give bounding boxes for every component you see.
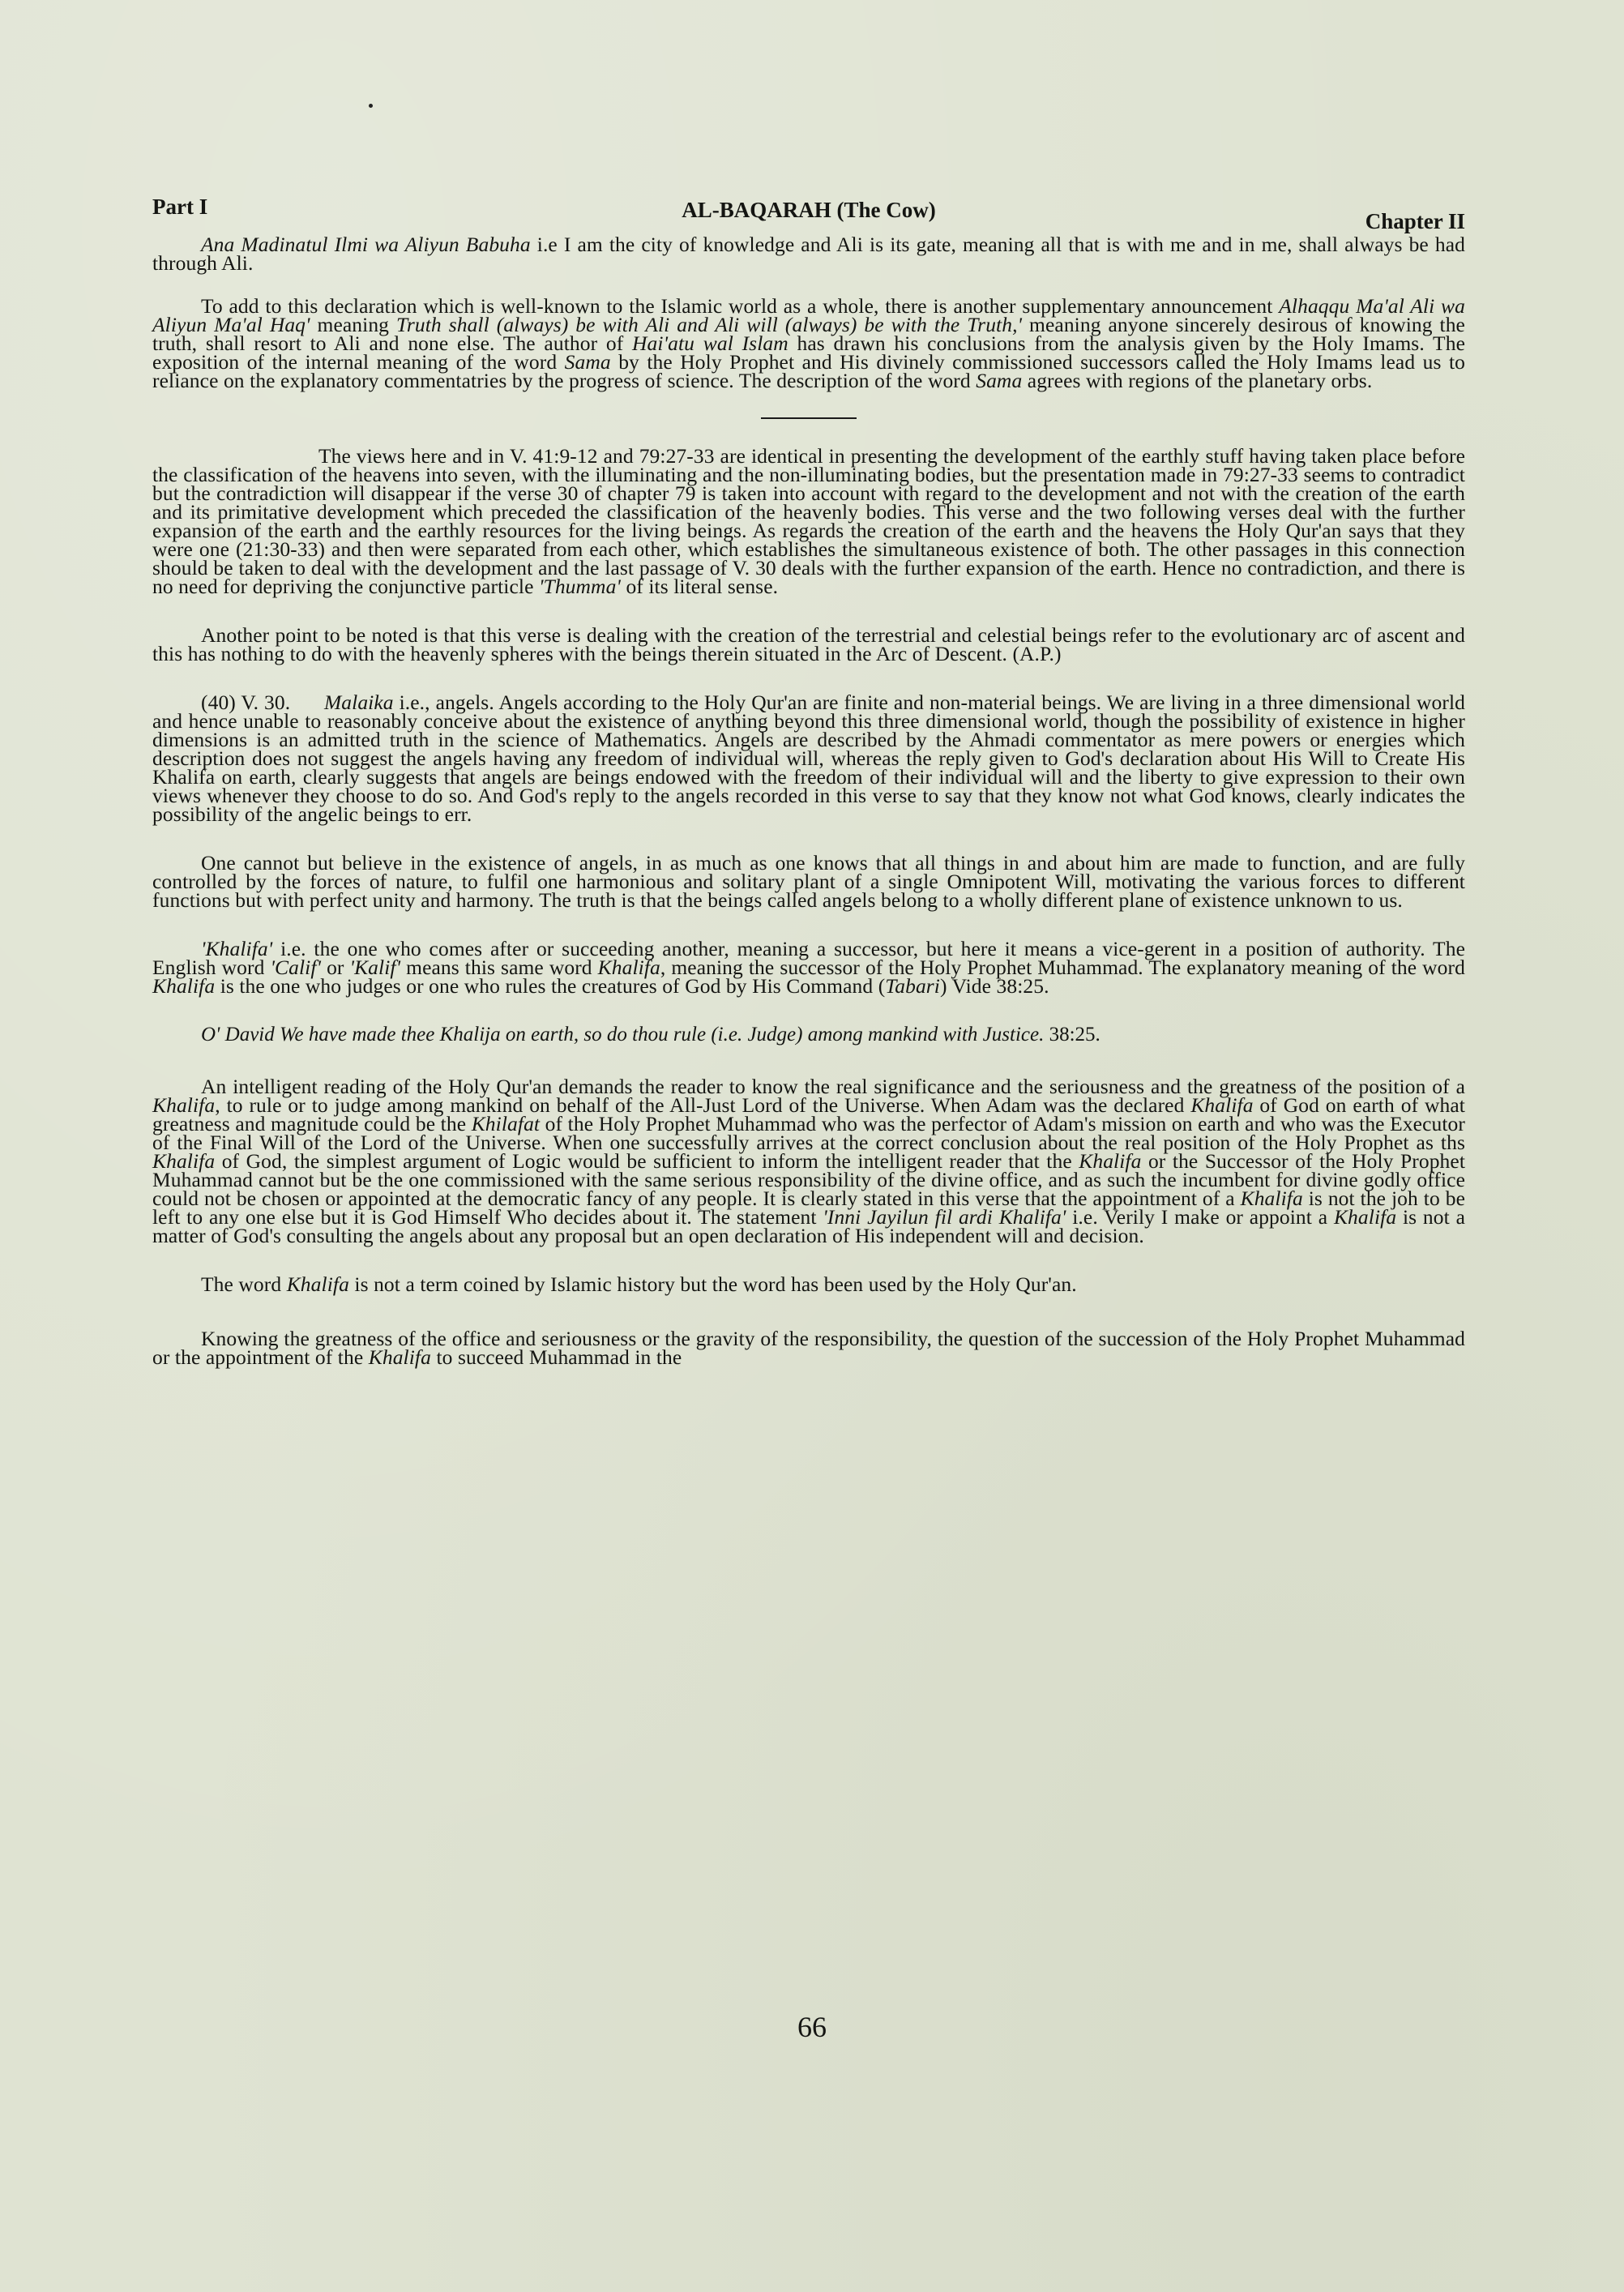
paragraph-word-khalifa: The word Khalifa is not a term coined by… (152, 1275, 1465, 1294)
text-run: One cannot but believe in the existence … (152, 851, 1465, 912)
paragraph-existence-of-angels: One cannot but believe in the existence … (152, 853, 1465, 909)
text-run: is the one who judges or one who rules t… (215, 974, 885, 998)
text-run: to succeed Muhammad in the (431, 1345, 682, 1369)
text-run: Another point to be noted is that this v… (152, 623, 1465, 665)
book-page: Part I AL-BAQARAH (The Cow) Chapter II A… (152, 195, 1465, 1396)
section-divider (761, 417, 857, 419)
text-run: Knowing the greatness of the office and … (152, 1327, 1465, 1369)
text-run: i.e., angels. Angels according to the Ho… (152, 691, 1465, 826)
italic-term: Khalifa (287, 1272, 349, 1296)
text-run: is not a term coined by Islamic history … (349, 1272, 1077, 1296)
paragraph-another-point: Another point to be noted is that this v… (152, 626, 1465, 663)
verse-reference: 38:25. (1044, 1024, 1100, 1046)
text-run: The word (201, 1272, 287, 1296)
paragraph-intelligent-reading: An intelligent reading of the Holy Qur'a… (152, 1077, 1465, 1245)
italic-term: Khalifa (152, 974, 215, 998)
text-run: The views here and in V. 41:9-12 and 79:… (152, 444, 1465, 598)
paragraph-declaration: To add to this declaration which is well… (152, 297, 1465, 390)
running-head: Part I AL-BAQARAH (The Cow) Chapter II (152, 195, 1465, 235)
verse-quote-text: O' David We have made thee Khalija on ea… (201, 1024, 1044, 1046)
italic-term: 'Thumma' (539, 575, 621, 598)
chapter-label: Chapter II (1365, 209, 1465, 234)
paragraph-knowing-greatness: Knowing the greatness of the office and … (152, 1329, 1465, 1366)
paragraph-hadith: Ana Madinatul Ilmi wa Aliyun Babuha i.e … (152, 235, 1465, 272)
text-run: of its literal sense. (621, 575, 778, 598)
page-number: 66 (0, 2010, 1624, 2044)
paper-speck (369, 104, 373, 108)
italic-term: Khalifa (1334, 1205, 1396, 1229)
text-run: ) Vide 38:25. (940, 974, 1049, 998)
paragraph-khalifa-definition: 'Khalifa' i.e. the one who comes after o… (152, 939, 1465, 995)
paragraph-malaika: (40) V. 30. Malaika i.e., angels. Angels… (152, 693, 1465, 823)
paragraph-views: The views here and in V. 41:9-12 and 79:… (152, 447, 1465, 596)
italic-term: Tabari (885, 974, 940, 998)
chapter-title: AL-BAQARAH (The Cow) (152, 198, 1465, 223)
text-run: agrees with regions of the planetary orb… (1022, 369, 1372, 392)
italic-term: Sama (976, 369, 1022, 392)
verse-quote: O' David We have made thee Khalija on ea… (152, 1025, 1465, 1045)
italic-term: Khalifa (369, 1345, 431, 1369)
